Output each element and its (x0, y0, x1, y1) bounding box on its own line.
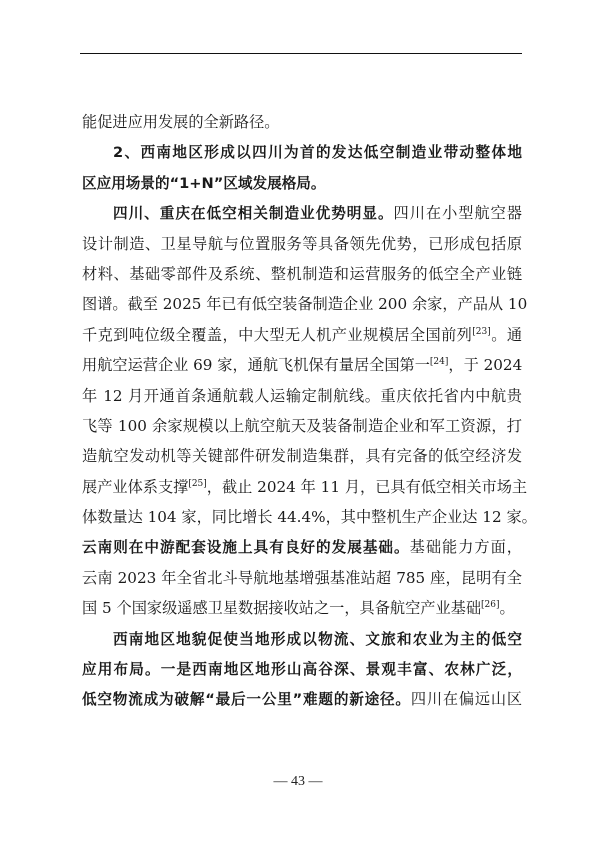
text-line: 2、西南地区形成以四川为首的发达低空制造业带动整体地 (82, 137, 522, 167)
text-line: 应用布局。一是西南地区地形山高谷深、景观丰富、农林广泛， (82, 654, 522, 684)
text-run: 材料、基础零部件及系统、整机制造和运营服务的低空全产业链 (82, 265, 522, 283)
text-run: 体数量达 104 家，同比增长 44.4%，其中整机生产企业达 12 家。 (82, 508, 537, 526)
text-line: 能促进应用发展的全新路径。 (82, 107, 522, 137)
text-run: 四川在偏远山区 (411, 690, 522, 708)
page-number: — 43 — (0, 774, 596, 790)
text-line: 低空物流成为破解“最后一公里”难题的新途径。四川在偏远山区 (82, 684, 522, 714)
header-rule (80, 53, 522, 54)
text-run: 。 (500, 599, 515, 617)
text-run: 国 5 个国家级遥感卫星数据接收站之一，具备航空产业基础 (82, 599, 481, 617)
text-run: 云南 2023 年全省北斗导航地基增强基准站超 785 座，昆明有全 (82, 569, 522, 587)
text-run: 造航空发动机等关键部件研发制造集群，具有完备的低空经济发 (82, 447, 522, 465)
text-line: 云南则在中游配套设施上具有良好的发展基础。基础能力方面， (82, 532, 522, 562)
bold-text: 2、西南地区形成以四川为首的发达低空制造业带动整体地 (113, 144, 522, 161)
citation-ref: [23] (472, 327, 490, 337)
bold-text: 云南则在中游配套设施上具有良好的发展基础。 (82, 539, 410, 556)
text-run: 用航空运营企业 69 家，通航飞机保有量居全国第一 (82, 356, 430, 374)
text-line: 国 5 个国家级遥感卫星数据接收站之一，具备航空产业基础[26]。 (82, 593, 522, 623)
citation-ref: [24] (430, 357, 448, 367)
text-run: 千克到吨位级全覆盖，中大型无人机产业规模居全国前列 (82, 326, 472, 344)
bold-text: 应用布局。一是西南地区地形山高谷深、景观丰富、农林广泛， (82, 661, 522, 678)
text-run: 。通 (491, 326, 522, 344)
bold-text: 四川、重庆在低空相关制造业优势明显。 (113, 205, 394, 222)
text-run: ，截止 2024 年 11 月，已具有低空相关市场主 (207, 478, 527, 496)
citation-ref: [25] (188, 479, 206, 489)
text-run: 图谱。截至 2025 年已有低空装备制造企业 200 余家，产品从 10 (82, 295, 527, 313)
bold-text: 西南地区地貌促使当地形成以物流、文旅和农业为主的低空 (113, 631, 522, 648)
text-line: 区应用场景的“1+N”区域发展格局。 (82, 168, 522, 198)
text-run: ，于 2024 (448, 356, 522, 374)
text-run: 年 12 月开通首条通航载人运输定制航线。重庆依托省内中航贵 (82, 387, 522, 405)
text-line: 四川、重庆在低空相关制造业优势明显。四川在小型航空器 (82, 198, 522, 228)
text-line: 设计制造、卫星导航与位置服务等具备领先优势，已形成包括原 (82, 229, 522, 259)
text-line: 飞等 100 余家规模以上航空航天及装备制造企业和军工资源，打 (82, 411, 522, 441)
text-line: 年 12 月开通首条通航载人运输定制航线。重庆依托省内中航贵 (82, 381, 522, 411)
text-run: 设计制造、卫星导航与位置服务等具备领先优势，已形成包括原 (82, 235, 522, 253)
text-line: 体数量达 104 家，同比增长 44.4%，其中整机生产企业达 12 家。 (82, 502, 522, 532)
text-run: 展产业体系支撑 (82, 478, 188, 496)
bold-text: 区应用场景的“1+N”区域发展格局。 (82, 175, 326, 192)
bold-text: 低空物流成为破解“最后一公里”难题的新途径。 (82, 691, 411, 708)
text-run: 能促进应用发展的全新路径。 (82, 113, 279, 131)
text-run: 飞等 100 余家规模以上航空航天及装备制造企业和军工资源，打 (82, 417, 522, 435)
text-line: 造航空发动机等关键部件研发制造集群，具有完备的低空经济发 (82, 441, 522, 471)
citation-ref: [26] (481, 600, 499, 610)
text-line: 千克到吨位级全覆盖，中大型无人机产业规模居全国前列[23]。通 (82, 320, 522, 350)
text-line: 材料、基础零部件及系统、整机制造和运营服务的低空全产业链 (82, 259, 522, 289)
text-line: 图谱。截至 2025 年已有低空装备制造企业 200 余家，产品从 10 (82, 289, 522, 319)
text-line: 云南 2023 年全省北斗导航地基增强基准站超 785 座，昆明有全 (82, 563, 522, 593)
text-run: 四川在小型航空器 (394, 204, 522, 222)
document-body: 能促进应用发展的全新路径。2、西南地区形成以四川为首的发达低空制造业带动整体地区… (82, 107, 522, 715)
text-line: 展产业体系支撑[25]，截止 2024 年 11 月，已具有低空相关市场主 (82, 472, 522, 502)
text-run: 基础能力方面， (410, 538, 522, 556)
text-line: 西南地区地貌促使当地形成以物流、文旅和农业为主的低空 (82, 624, 522, 654)
text-line: 用航空运营企业 69 家，通航飞机保有量居全国第一[24]，于 2024 (82, 350, 522, 380)
